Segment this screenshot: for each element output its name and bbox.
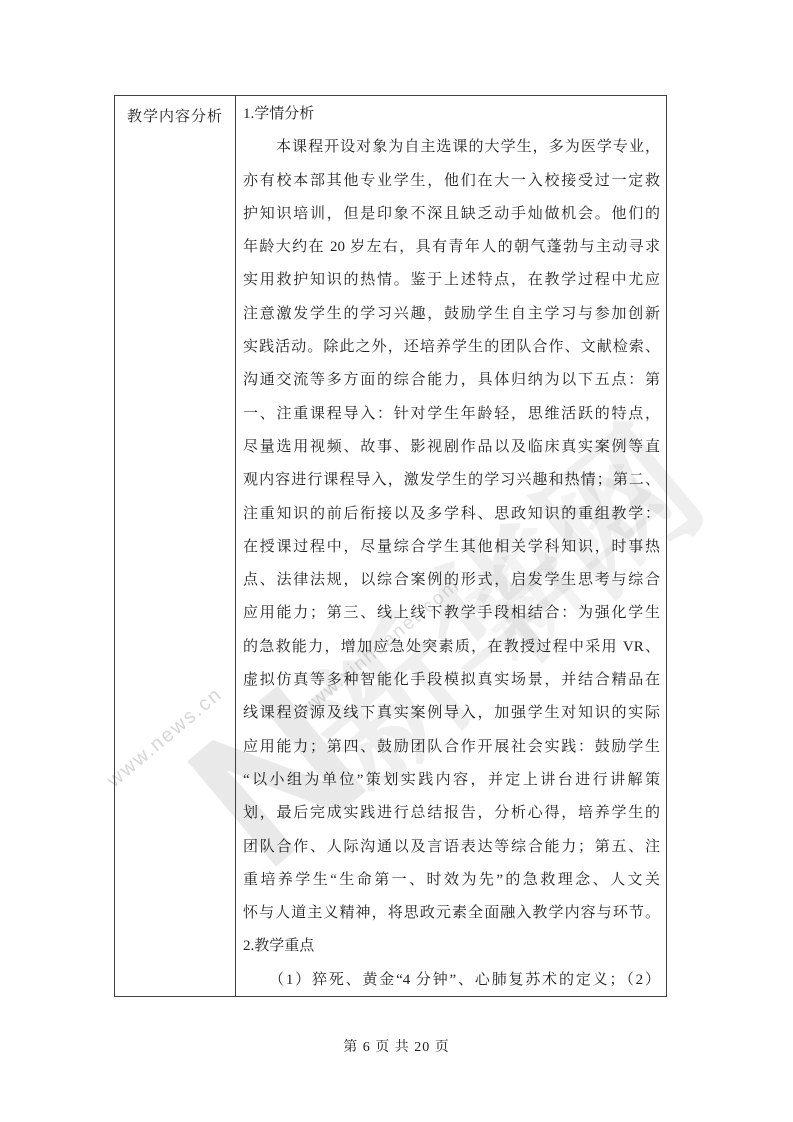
text-line: 注重知识的前后衔接以及多学科、思政知识的重组教学： xyxy=(243,498,660,531)
text-line: 虚拟仿真等多种智能化手段模拟真实场景，并结合精品在 xyxy=(243,664,660,697)
text-line: 年龄大约在 20 岁左右，具有青年人的朝气蓬勃与主动寻求 xyxy=(243,231,660,264)
text-line: 2.教学重点 xyxy=(243,930,660,963)
table-content-cell: 1.学情分析本课程开设对象为自主选课的大学生，多为医学专业，亦有校本部其他专业学… xyxy=(236,96,666,996)
text-line: 团队合作、人际沟通以及言语表达等综合能力；第五、注 xyxy=(243,831,660,864)
text-line: 实用救护知识的热情。鉴于上述特点，在教学过程中尤应 xyxy=(243,264,660,297)
text-line: 一、注重课程导入：针对学生年龄轻，思维活跃的特点， xyxy=(243,398,660,431)
text-line: 重培养学生“生命第一、时效为先”的急救理念、人文关 xyxy=(243,864,660,897)
text-line: 点、法律法规，以综合案例的形式，启发学生思考与综合 xyxy=(243,564,660,597)
text-line: 1.学情分析 xyxy=(243,98,660,131)
text-line: 的急救能力，增加应急处突素质，在教授过程中采用 VR、 xyxy=(243,631,660,664)
text-line: 线课程资源及线下真实案例导入，加强学生对知识的实际 xyxy=(243,697,660,730)
text-line: 怀与人道主义精神，将思政元素全面融入教学内容与环节。 xyxy=(243,897,660,930)
text-line: （1）猝死、黄金“4 分钟”、心肺复苏术的定义；（2） xyxy=(243,964,660,996)
table-header-label: 教学内容分析 xyxy=(127,109,223,125)
text-line: 观内容进行课程导入，激发学生的学习兴趣和热情；第二、 xyxy=(243,464,660,497)
lesson-plan-table: 教学内容分析 1.学情分析本课程开设对象为自主选课的大学生，多为医学专业，亦有校… xyxy=(114,95,667,997)
text-line: 注意激发学生的学习兴趣，鼓励学生自主学习与参加创新 xyxy=(243,298,660,331)
text-line: 沟通交流等多方面的综合能力，具体归纳为以下五点：第 xyxy=(243,364,660,397)
page-footer: 第 6 页 共 20 页 xyxy=(0,1036,793,1056)
text-line: 本课程开设对象为自主选课的大学生，多为医学专业， xyxy=(243,131,660,164)
text-line: “以小组为单位”策划实践内容，并定上讲台进行讲解策 xyxy=(243,764,660,797)
text-line: 护知识培训，但是印象不深且缺乏动手灿做机会。他们的 xyxy=(243,198,660,231)
text-line: 划，最后完成实践进行总结报告，分析心得，培养学生的 xyxy=(243,797,660,830)
text-line: 亦有校本部其他专业学生，他们在大一入校接受过一定救 xyxy=(243,165,660,198)
text-line: 应用能力；第四、鼓励团队合作开展社会实践：鼓励学生 xyxy=(243,731,660,764)
table-header-cell: 教学内容分析 xyxy=(115,96,236,996)
document-page: N 新华网 新华 www.news.cn www.xinhuanet.com 教… xyxy=(0,0,793,1122)
text-line: 应用能力；第三、线上线下教学手段相结合：为强化学生 xyxy=(243,597,660,630)
text-line: 在授课过程中，尽量综合学生其他相关学科知识，时事热 xyxy=(243,531,660,564)
text-line: 尽量选用视频、故事、影视剧作品以及临床真实案例等直 xyxy=(243,431,660,464)
text-line: 实践活动。除此之外，还培养学生的团队合作、文献检索、 xyxy=(243,331,660,364)
